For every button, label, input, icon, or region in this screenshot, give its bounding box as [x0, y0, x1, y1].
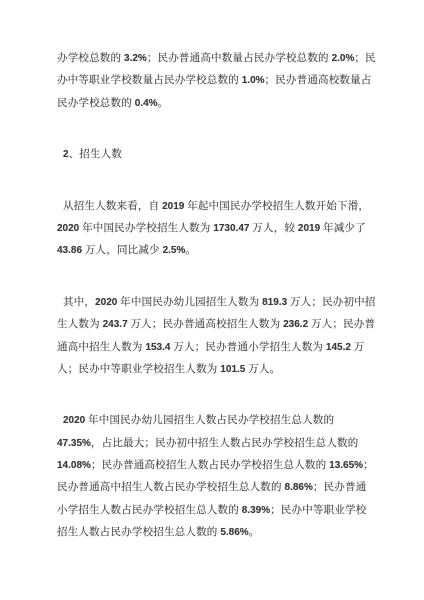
numeric-value: 236.2: [283, 319, 308, 330]
text-line: 小学招生人数占民办学校招生总人数的 8.39%；民办中等职业学校: [57, 500, 374, 522]
text-line: 办学校总数的 3.2%；民办普通高中数量占民办学校总数的 2.0%；民: [57, 48, 374, 70]
numeric-value: 2: [63, 149, 69, 160]
numeric-value: 101.5: [220, 364, 245, 375]
numeric-value: 153.4: [145, 342, 170, 353]
numeric-value: 0.4%: [135, 98, 158, 109]
text-line: 14.08%；民办普通高校招生人数占民办学校招生总人数的 13.65%；: [57, 455, 374, 477]
paragraph-enrollment-share: 2020 年中国民办幼儿园招生人数占民办学校招生总人数的47.35%，占比最大；…: [57, 410, 374, 544]
document-page: 办学校总数的 3.2%；民办普通高中数量占民办学校总数的 2.0%；民办中等职业…: [0, 0, 424, 600]
numeric-value: 1.0%: [242, 75, 265, 86]
numeric-value: 819.3: [262, 297, 287, 308]
numeric-value: 145.2: [326, 342, 351, 353]
numeric-value: 2020: [63, 415, 85, 426]
numeric-value: 5.86%: [220, 527, 248, 538]
text-line: 2、招生人数: [57, 144, 374, 166]
text-line: 通高中招生人数为 153.4 万人；民办普通小学招生人数为 145.2 万: [57, 337, 374, 359]
numeric-value: 1730.47: [213, 223, 249, 234]
text-line: 2020 年中国民办幼儿园招生人数占民办学校招生总人数的: [57, 410, 374, 432]
paragraph-school-share-continued: 办学校总数的 3.2%；民办普通高中数量占民办学校总数的 2.0%；民办中等职业…: [57, 48, 374, 115]
numeric-value: 47.35%: [57, 438, 91, 449]
text-line: 43.86 万人，同比减少 2.5%。: [57, 240, 374, 262]
text-line: 民办普通高中招生人数占民办学校招生总人数的 8.86%；民办普通: [57, 477, 374, 499]
text-line: 生人数为 243.7 万人；民办普通高校招生人数为 236.2 万人；民办普: [57, 314, 374, 336]
numeric-value: 8.39%: [242, 505, 270, 516]
text-line: 其中，2020 年中国民办幼儿园招生人数为 819.3 万人；民办初中招: [57, 292, 374, 314]
text-line: 招生人数占民办学校招生总人数的 5.86%。: [57, 522, 374, 544]
numeric-value: 43.86: [57, 245, 82, 256]
text-line: 47.35%，占比最大；民办初中招生人数占民办学校招生总人数的: [57, 433, 374, 455]
numeric-value: 8.86%: [285, 482, 313, 493]
numeric-value: 3.2%: [124, 53, 147, 64]
text-line: 2020 年中国民办学校招生人数为 1730.47 万人，较 2019 年减少了: [57, 218, 374, 240]
paragraph-enrollment-breakdown: 其中，2020 年中国民办幼儿园招生人数为 819.3 万人；民办初中招生人数为…: [57, 292, 374, 382]
numeric-value: 2019: [162, 201, 184, 212]
numeric-value: 243.7: [103, 319, 128, 330]
numeric-value: 13.65%: [329, 460, 363, 471]
text-line: 办中等职业学校数量占民办学校总数的 1.0%；民办普通高校数量占: [57, 70, 374, 92]
numeric-value: 2.5%: [163, 245, 186, 256]
numeric-value: 14.08%: [57, 460, 91, 471]
numeric-value: 2020: [57, 223, 79, 234]
text-line: 人；民办中等职业学校招生人数为 101.5 万人。: [57, 359, 374, 381]
text-line: 从招生人数来看，自 2019 年起中国民办学校招生人数开始下滑，: [57, 196, 374, 218]
text-line: 民办学校总数的 0.4%。: [57, 93, 374, 115]
numeric-value: 2020: [95, 297, 117, 308]
numeric-value: 2.0%: [332, 53, 355, 64]
numeric-value: 2019: [298, 223, 320, 234]
section-heading-enrollment-count: 2、招生人数: [57, 144, 374, 166]
paragraph-enrollment-trend: 从招生人数来看，自 2019 年起中国民办学校招生人数开始下滑，2020 年中国…: [57, 196, 374, 263]
